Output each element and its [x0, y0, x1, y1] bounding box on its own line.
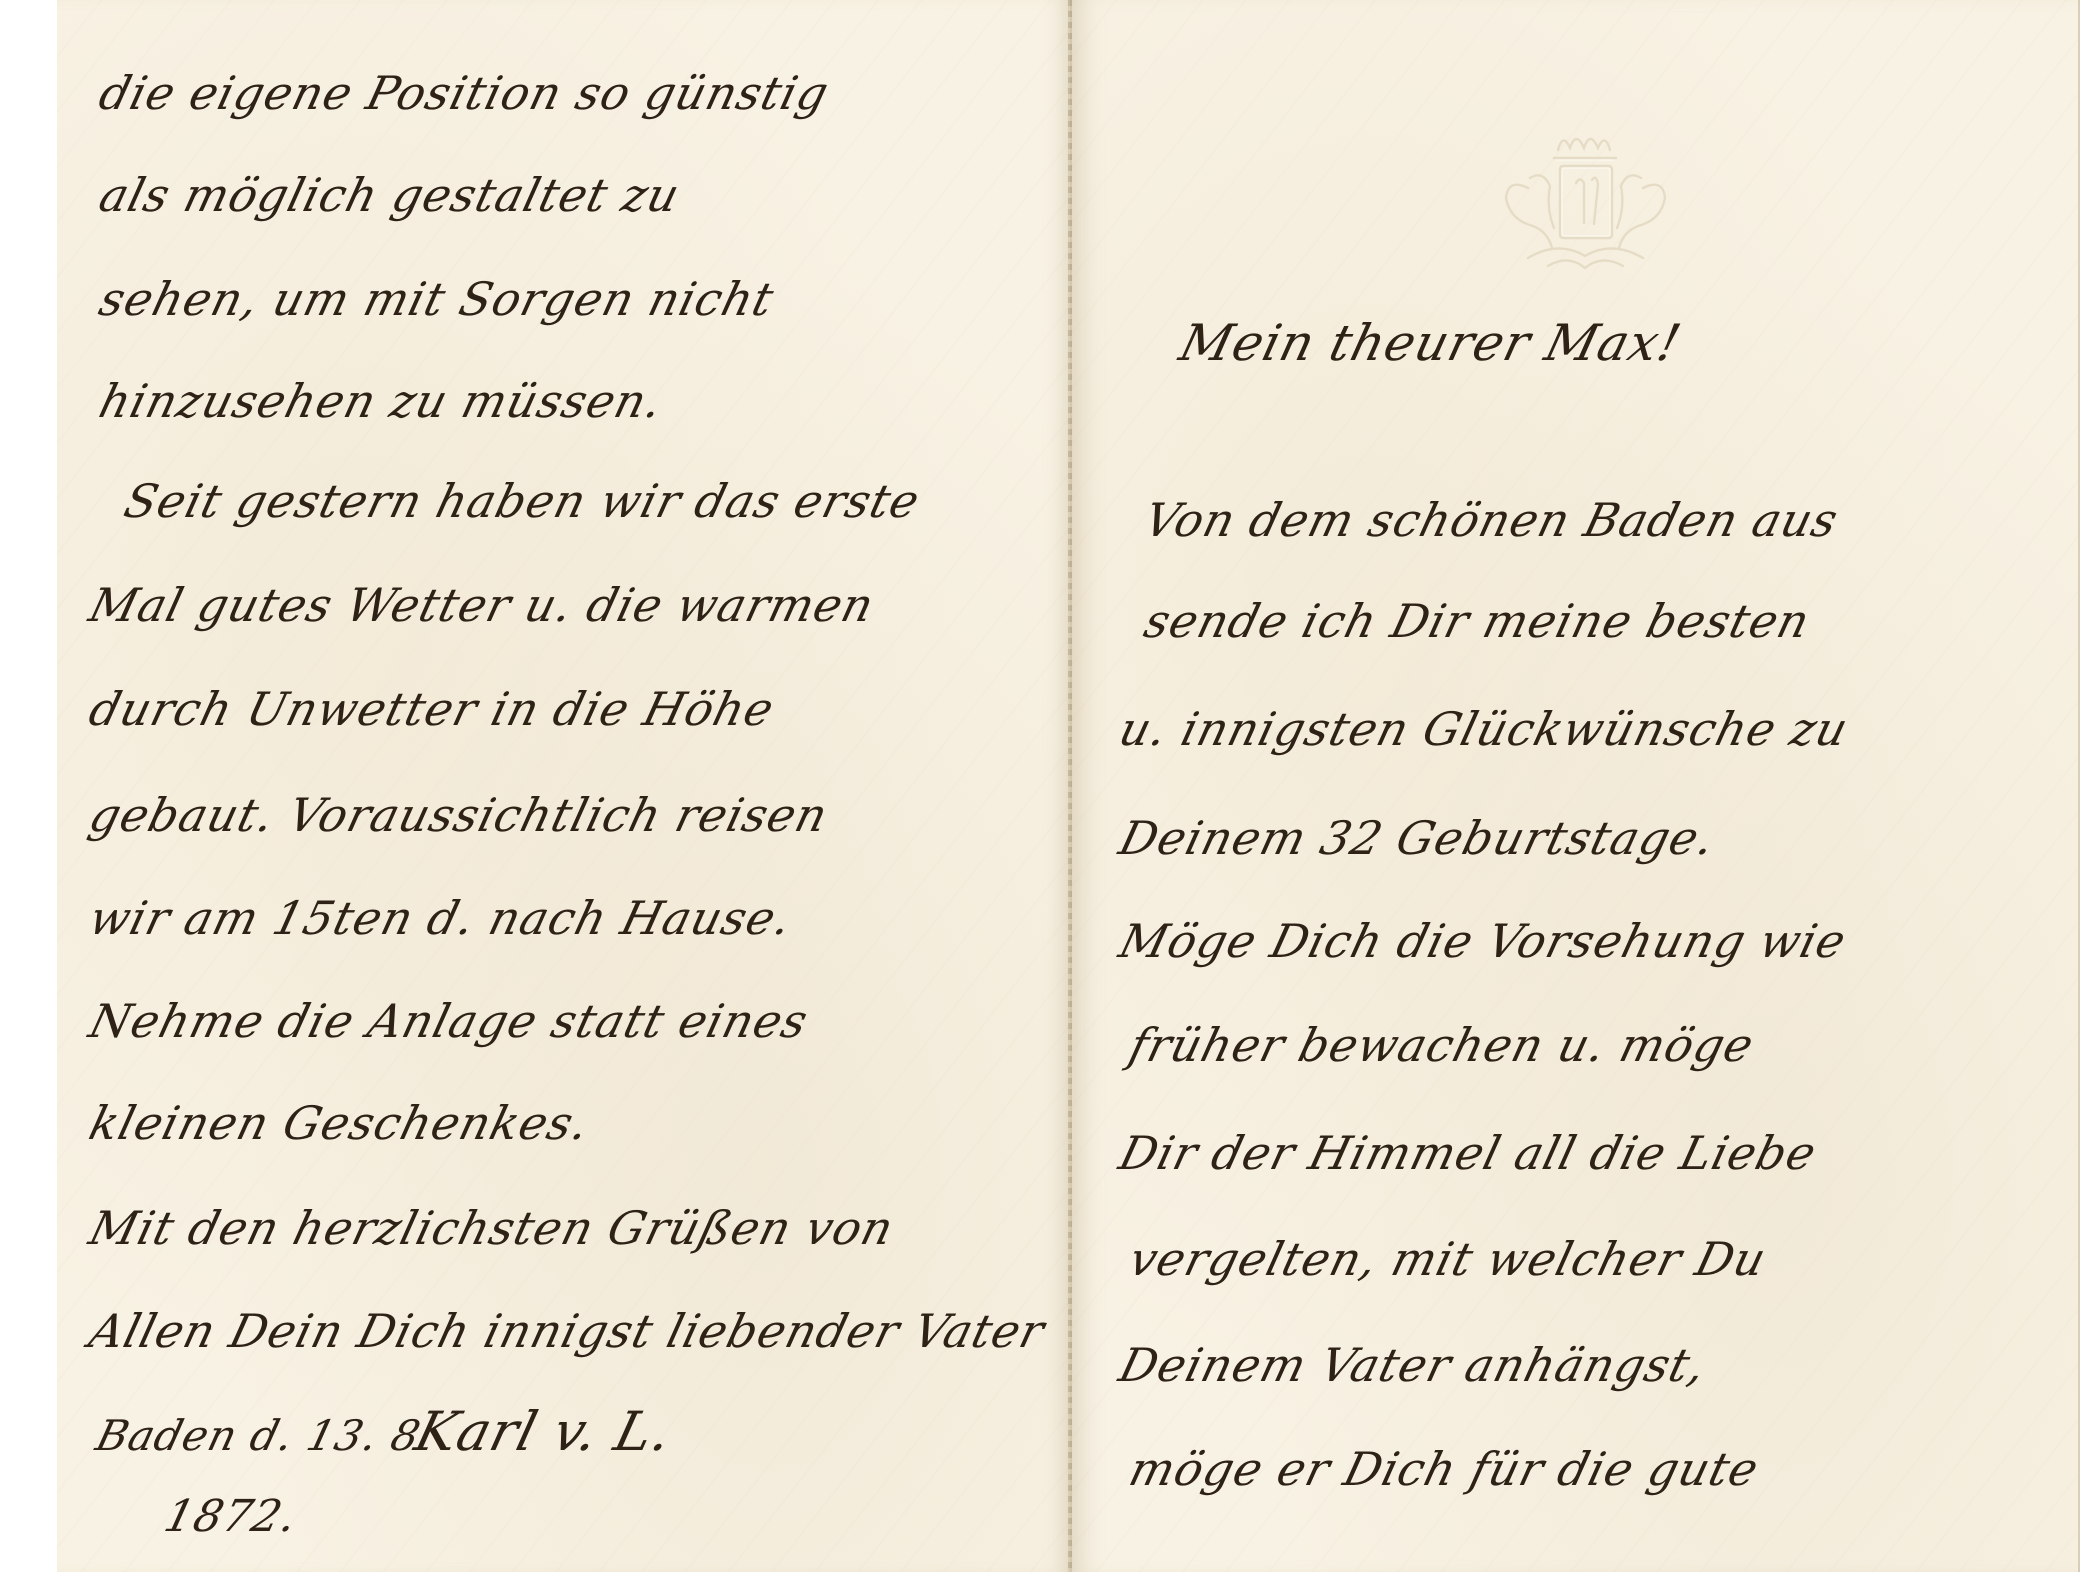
embossed-crest-icon — [1488, 128, 1683, 278]
letter-line: Seit gestern haben wir das erste — [120, 478, 925, 524]
letter-line: hinzusehen zu müssen. — [95, 378, 668, 424]
letter-year: 1872. — [160, 1495, 302, 1539]
letter-greeting: Mein theurer Max! — [1175, 318, 1686, 368]
letter-line: Von dem schönen Baden aus — [1140, 497, 1843, 543]
letter-place-date: Baden d. 13. 8 — [92, 1415, 425, 1457]
letter-signature: Karl v. L. — [410, 1405, 678, 1459]
letter-line: Dir der Himmel all die Liebe — [1115, 1130, 1821, 1176]
letter-line: durch Unwetter in die Höhe — [85, 686, 779, 732]
letter-line: Mit den herzlichsten Grüßen von — [85, 1205, 899, 1251]
letter-line: sehen, um mit Sorgen nicht — [95, 276, 779, 322]
letter-line: vergelten, mit welcher Du — [1125, 1236, 1771, 1282]
letter-line: u. innigsten Glückwünsche zu — [1115, 706, 1853, 752]
letter-line: Deinem Vater anhängst, — [1115, 1342, 1711, 1388]
letter-line: Möge Dich die Vorsehung wie — [1115, 918, 1851, 964]
letter-line: die eigene Position so günstig — [95, 70, 834, 116]
letter-line: wir am 15ten d. nach Hause. — [85, 895, 797, 941]
letter-line: früher bewachen u. möge — [1125, 1022, 1759, 1068]
page-fold-edge — [1068, 0, 1072, 1572]
letter-line: Allen Dein Dich innigst liebender Vater — [85, 1308, 1049, 1354]
letter-line: kleinen Geschenkes. — [85, 1100, 594, 1146]
letter-line: gebaut. Voraussichtlich reisen — [85, 792, 833, 838]
letter-line: Mal gutes Wetter u. die warmen — [85, 582, 879, 628]
letter-line: Deinem 32 Geburtstage. — [1115, 815, 1720, 861]
letter-line: sende ich Dir meine besten — [1140, 598, 1815, 644]
letter-line: als möglich gestaltet zu — [95, 172, 685, 218]
letter-line: möge er Dich für die gute — [1125, 1446, 1764, 1492]
letter-line: Nehme die Anlage statt eines — [85, 998, 813, 1044]
